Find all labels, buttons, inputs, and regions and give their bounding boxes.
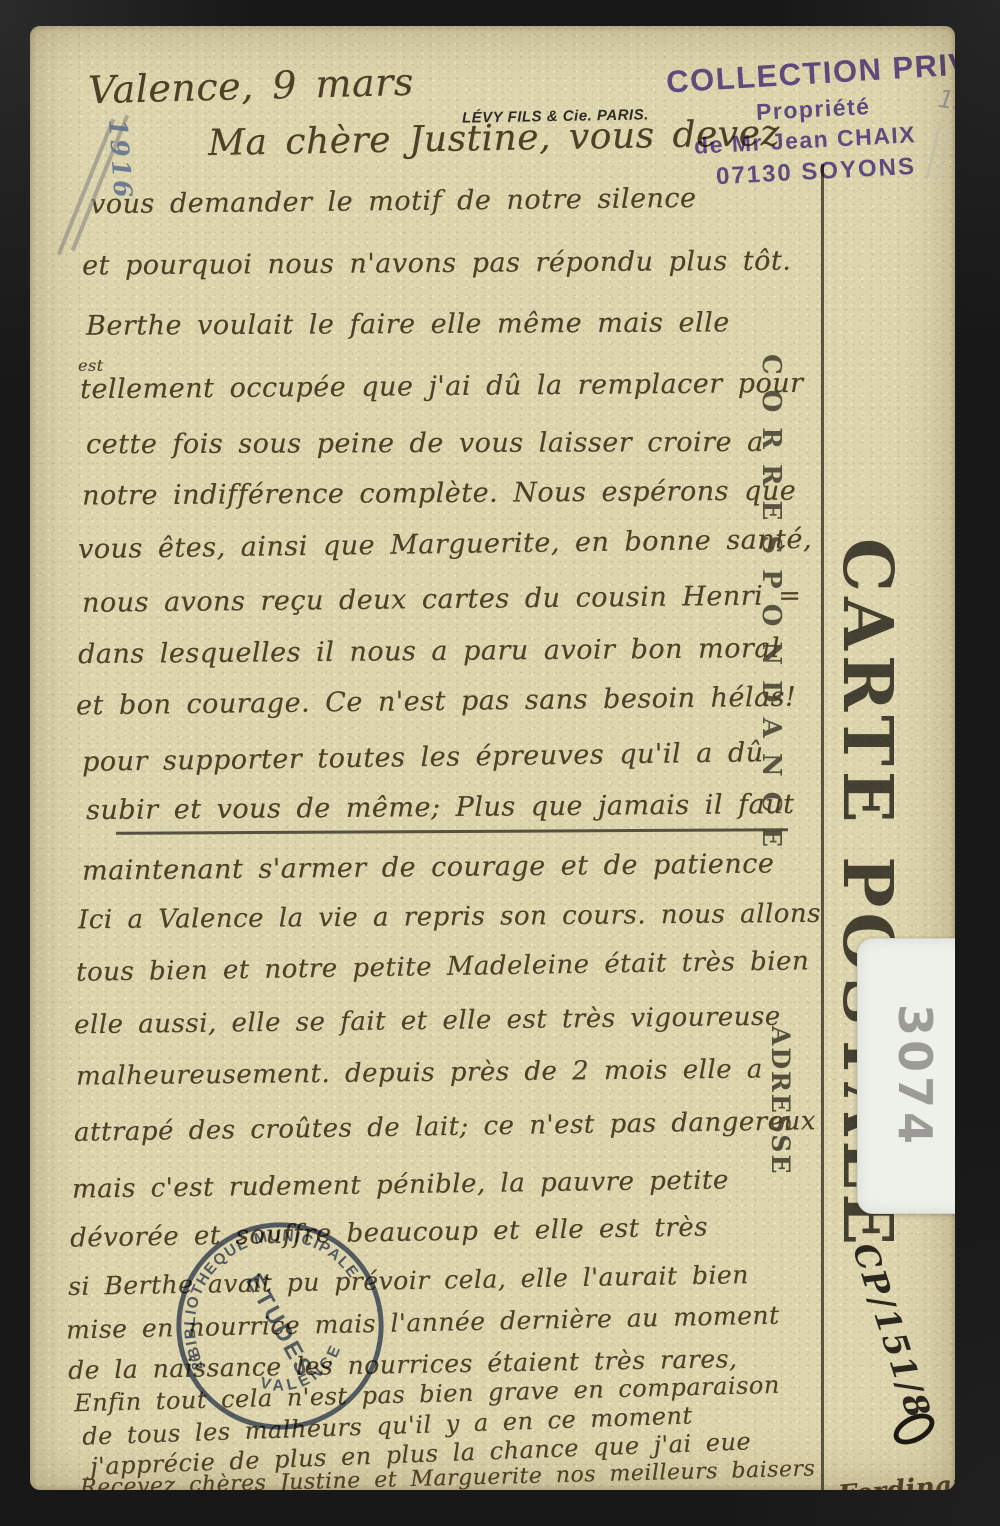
address-divider-line (821, 164, 824, 1490)
stamp-center-text: ÉTUDES (240, 1269, 320, 1383)
handwriting-line: tous bien et notre petite Madeleine étai… (76, 946, 810, 988)
postcard: CORRESPONDANCE ADRESSE CARTE POSTALE LÉV… (30, 26, 955, 1490)
handwriting-line: Berthe voulait le faire elle même mais e… (86, 307, 730, 341)
handwriting-line: maintenant s'armer de courage et de pati… (82, 848, 775, 886)
handwriting-line: tellement occupée que j'ai dû la remplac… (80, 368, 804, 405)
inventory-code: CP/151/8 (845, 1238, 939, 1424)
handwriting-line: elle aussi, elle se fait et elle est trè… (74, 1002, 781, 1041)
scan-background: CORRESPONDANCE ADRESSE CARTE POSTALE LÉV… (0, 0, 1000, 1526)
handwriting-line: vous demander le motif de notre silence (90, 183, 697, 220)
handwriting-line: pour supporter toutes les épreuves qu'il… (82, 737, 764, 778)
handwriting-line: cette fois sous peine de vous laisser cr… (86, 427, 764, 460)
collection-stamp-line2: Propriété (755, 93, 871, 126)
collection-stamp-line4: 07130 SOYONS (715, 153, 916, 191)
handwriting-line: nous avons reçu deux cartes du cousin He… (82, 580, 802, 619)
handwritten-insertion: est (78, 356, 104, 375)
handwriting-line: dans lesquelles il nous a paru avoir bon… (78, 633, 780, 670)
handwriting-line: attrapé des croûtes de lait; ce n'est pa… (74, 1106, 816, 1148)
handwriting-line: malheureusement. depuis près de 2 mois e… (76, 1054, 763, 1091)
handwritten-signature: Ferdinand (837, 1467, 955, 1490)
handwriting-line: dévorée et souffre beaucoup et elle est … (70, 1212, 708, 1253)
stamp-side-number: 26 (188, 1352, 207, 1371)
archival-sticker: 3074 (857, 938, 955, 1214)
handwriting-line: et pourquoi nous n'avons pas répondu plu… (82, 246, 791, 282)
handwriting-line: notre indifférence complète. Nous espéro… (82, 476, 796, 512)
adresse-label: ADRESSE (766, 1026, 795, 1176)
handwriting-line: et bon courage. Ce n'est pas sans besoin… (76, 682, 797, 722)
underline-stroke (116, 828, 788, 835)
handwriting-line: mais c'est rudement pénible, la pauvre p… (72, 1165, 729, 1204)
blue-year-annotation: 1916 (103, 118, 138, 201)
sticker-number: 3074 (888, 1004, 942, 1148)
pencil-number: 12 (936, 84, 955, 117)
handwriting-line: subir et vous de même; Plus que jamais i… (86, 789, 795, 826)
handwriting-line: Ici a Valence la vie a repris son cours.… (78, 899, 821, 935)
handwriting-line: vous êtes, ainsi que Marguerite, en bonn… (78, 524, 812, 565)
handwritten-place-date: Valence, 9 mars (87, 60, 414, 113)
collection-stamp-line1: COLLECTION PRIVÉE (665, 43, 955, 100)
